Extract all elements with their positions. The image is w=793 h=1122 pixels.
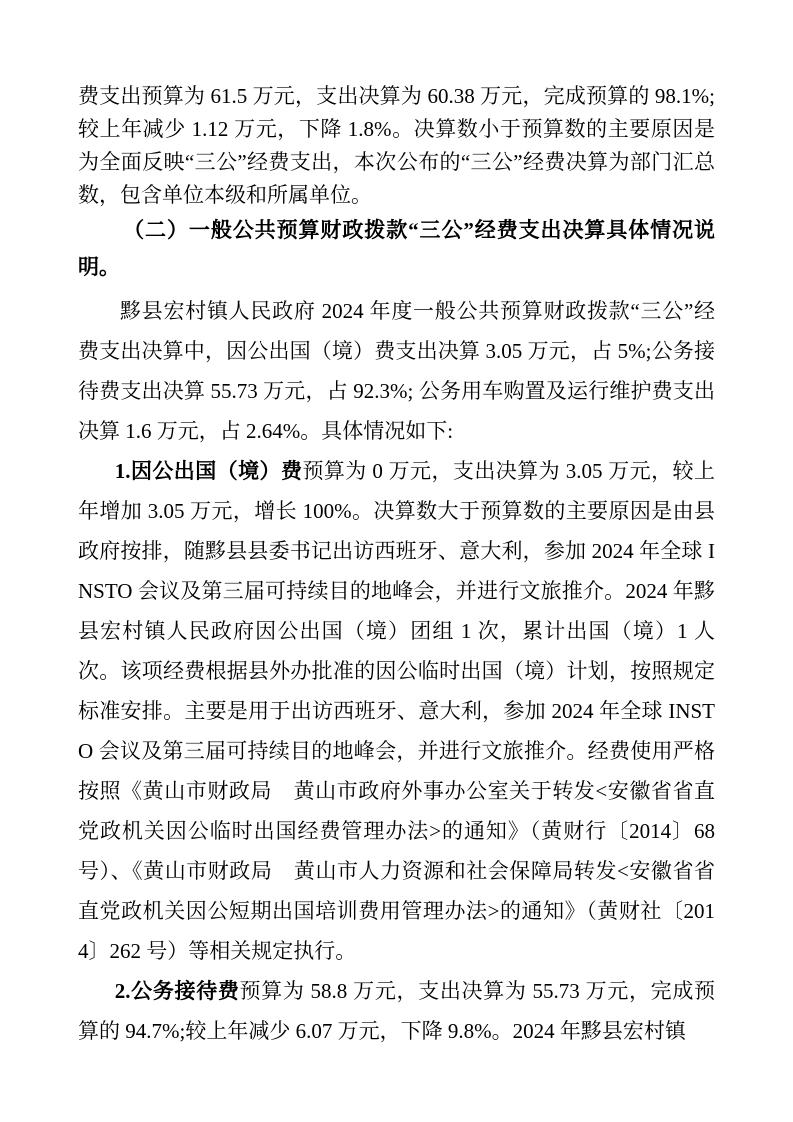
text-run: 费支出预算为 61.5 万元，支出决算为 60.38 万元，完成预算的 98.1… — [78, 84, 715, 207]
bold-text-run: （二）一般公共预算财政拨款“三公”经费支出决算具体情况说明。 — [78, 218, 715, 279]
bold-text-run: 1.因公出国（境）费 — [115, 459, 303, 483]
paragraph-5: 2.公务接待费预算为 58.8 万元，支出决算为 55.73 万元，完成预算的 … — [78, 971, 715, 1051]
paragraph-3: 黟县宏村镇人民政府 2024 年度一般公共预算财政拨款“三公”经费支出决算中，因… — [78, 291, 715, 451]
paragraph-4: 1.因公出国（境）费预算为 0 万元，支出决算为 3.05 万元，较上年增加 3… — [78, 451, 715, 971]
bold-text-run: 2.公务接待费 — [115, 979, 240, 1003]
text-run: 黟县宏村镇人民政府 2024 年度一般公共预算财政拨款“三公”经费支出决算中，因… — [78, 299, 715, 443]
paragraph-2: （二）一般公共预算财政拨款“三公”经费支出决算具体情况说明。 — [78, 212, 715, 286]
document-body: 费支出预算为 61.5 万元，支出决算为 60.38 万元，完成预算的 98.1… — [78, 80, 715, 1051]
paragraph-1: 费支出预算为 61.5 万元，支出决算为 60.38 万元，完成预算的 98.1… — [78, 80, 715, 212]
document-page: 费支出预算为 61.5 万元，支出决算为 60.38 万元，完成预算的 98.1… — [0, 0, 793, 1122]
text-run: 预算为 0 万元，支出决算为 3.05 万元，较上年增加 3.05 万元，增长 … — [78, 459, 715, 963]
